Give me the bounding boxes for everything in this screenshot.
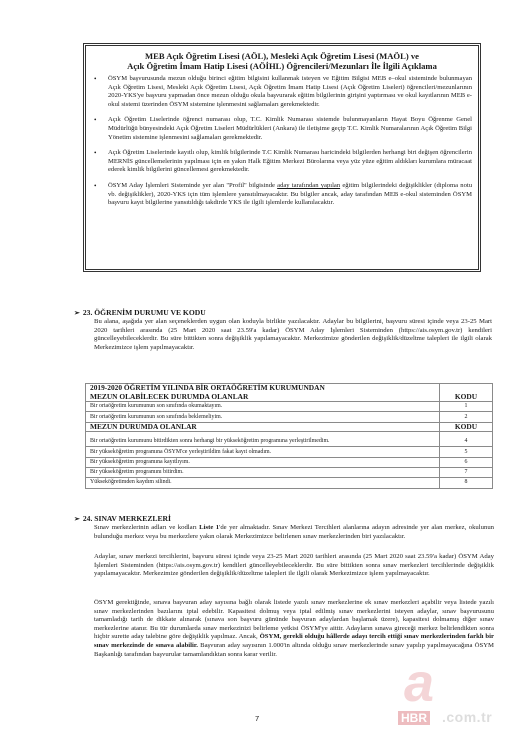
hbr-watermark: a HBR .com.tr	[386, 668, 516, 728]
watermark-domain: .com.tr	[442, 710, 492, 724]
table-header-row: MEZUN DURUMDA OLANLAR KODU	[86, 422, 493, 432]
table-row: Bir yükseköğretim programını bitirdim. 7	[86, 467, 493, 477]
table-header-row: 2019-2020 ÖĞRETİM YILINDA BİR ORTAÖĞRETİ…	[86, 384, 493, 402]
table-row: Bir ortaöğretim kurumunun son sınıfında …	[86, 402, 493, 412]
bullet-icon: •	[94, 75, 96, 84]
bullet-icon: •	[94, 116, 96, 125]
underlined-phrase: aday tarafından yapılan	[277, 182, 340, 189]
info-bullet-item: • Açık Öğretim Liselerinde öğrenci numar…	[92, 116, 472, 142]
info-box-title: MEB Açık Öğretim Lisesi (AÖL), Mesleki A…	[92, 51, 472, 71]
code-column-header: KODU	[440, 422, 493, 432]
watermark-logo-icon: a	[404, 656, 434, 710]
info-bullet-item: • ÖSYM başvurusunda mezun olduğu birinci…	[92, 75, 472, 109]
table-row: Bir yükseköğretim programına ÖSYM'ce yer…	[86, 447, 493, 457]
table-row: Bir ortaöğretim kurumunu bitirdikten son…	[86, 432, 493, 447]
section-24-paragraph-2: Adaylar, sınav merkezi tercihlerini, baş…	[94, 553, 494, 579]
bullet-icon: •	[94, 182, 96, 191]
aol-info-box: MEB Açık Öğretim Lisesi (AÖL), Mesleki A…	[83, 43, 481, 272]
section-23-heading: ➢23. ÖĞRENİM DURUMU VE KODU	[74, 308, 206, 318]
section-24-paragraph-1: Sınav merkezlerinin adları ve kodları Li…	[94, 524, 494, 541]
table-row: Yükseköğretimden kaydım silindi. 8	[86, 478, 493, 488]
table-row: Bir yükseköğretim programına kayıtlıyım.…	[86, 457, 493, 467]
arrow-bullet-icon: ➢	[74, 515, 80, 523]
page-number: 7	[255, 714, 259, 723]
document-page: MEB Açık Öğretim Lisesi (AÖL), Mesleki A…	[0, 0, 516, 736]
arrow-bullet-icon: ➢	[74, 309, 80, 317]
section-23-paragraph: Bu alana, aşağıda yer alan seçeneklerden…	[94, 318, 492, 352]
group2-header: MEZUN DURUMDA OLANLAR	[86, 422, 440, 432]
group1-header: 2019-2020 ÖĞRETİM YILINDA BİR ORTAÖĞRETİ…	[86, 384, 440, 402]
info-bullet-item: • ÖSYM Aday İşlemleri Sisteminde yer ala…	[92, 182, 472, 208]
info-bullet-item: • Açık Öğretim Liselerinde kayıtlı olup,…	[92, 149, 472, 175]
code-column-header: KODU	[440, 384, 493, 402]
bullet-icon: •	[94, 149, 96, 158]
watermark-brand: HBR	[398, 711, 430, 725]
table-row: Bir ortaöğretim kurumunun son sınıfında …	[86, 412, 493, 422]
info-bullet-list: • ÖSYM başvurusunda mezun olduğu birinci…	[92, 75, 472, 208]
section-24-heading: ➢24. SINAV MERKEZLERİ	[74, 514, 171, 524]
info-title-line2: Açık Öğretim İmam Hatip Lisesi (AÖİHL) Ö…	[92, 61, 472, 71]
info-title-line1: MEB Açık Öğretim Lisesi (AÖL), Mesleki A…	[92, 51, 472, 61]
education-status-code-table: 2019-2020 ÖĞRETİM YILINDA BİR ORTAÖĞRETİ…	[85, 383, 493, 489]
section-24-paragraph-3: ÖSYM gerektiğinde, sınava başvuran aday …	[94, 599, 494, 659]
